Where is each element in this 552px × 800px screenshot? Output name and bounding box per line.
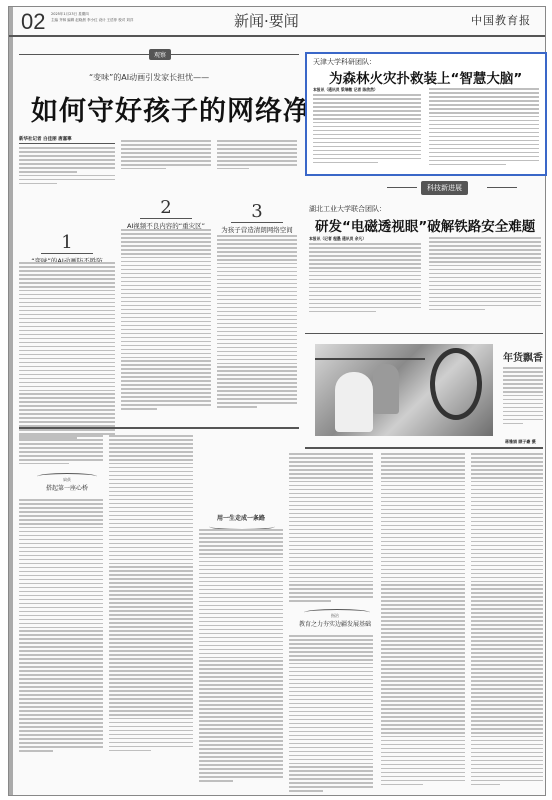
divider xyxy=(387,187,417,188)
article-text xyxy=(217,140,297,172)
article-text xyxy=(313,94,421,166)
divider xyxy=(305,333,543,334)
market-tent xyxy=(315,344,425,360)
main-kicker: “变味”的AI动画引发家长担忧—— xyxy=(89,72,209,83)
section-heading-2: 2 AI视频不良内容的“重灾区” xyxy=(121,197,211,230)
article-text xyxy=(471,453,543,788)
main-headline: 如何守好孩子的网络净土 xyxy=(31,89,339,128)
newspaper-brand-logo: 中国教育报 xyxy=(471,12,531,28)
boxed-kicker: 天津大学科研团队： xyxy=(313,57,376,67)
masthead: 02 2025年1月23日 星期四 主编 齐林 编辑 赵晓晨 李小红 设计 王语… xyxy=(9,7,545,37)
article-text xyxy=(19,262,115,441)
article-text xyxy=(289,453,373,604)
photo-person xyxy=(373,364,399,414)
article-text xyxy=(289,635,373,794)
article-text xyxy=(217,235,297,410)
tech-headline: 研发“电磁透视眼”破解铁路安全难题 xyxy=(315,215,535,235)
boxed-story: 天津大学科研团队： 为森林火灾扑救装上“智慧大脑” 本报讯（通讯员 梁瑞敏 记者… xyxy=(305,52,547,176)
boxed-byline: 本报讯（通讯员 梁瑞敏 记者 陈欣然） xyxy=(313,87,423,93)
article-text xyxy=(429,88,539,168)
article-text xyxy=(19,435,103,467)
article-text xyxy=(429,237,541,313)
page-edge xyxy=(9,7,13,795)
article-text xyxy=(381,453,465,788)
divider xyxy=(19,427,299,429)
photo-credit: 蒋雅娟 顾子豪 摄 xyxy=(505,439,536,445)
divider xyxy=(487,187,517,188)
column-tag-observe: 观察 xyxy=(149,49,171,60)
tech-byline: 本报讯（记者 程墨 通讯员 余凡） xyxy=(309,236,366,242)
article-text xyxy=(121,229,211,412)
article-text xyxy=(309,243,421,315)
column-tag-tech-progress: 科技新进展 xyxy=(421,181,468,195)
staff-line: 主编 齐林 编辑 赵晓晨 李小红 设计 王语菲 校对 刘洋 xyxy=(51,17,141,23)
boxed-headline: 为森林火灾扑救装上“智慧大脑” xyxy=(329,67,522,87)
masthead-meta: 2025年1月23日 星期四 主编 齐林 编辑 赵晓晨 李小红 设计 王语菲 校… xyxy=(51,11,141,23)
subhead-3: 指治 教育之力夯实边疆发展基础 xyxy=(285,613,385,628)
section-title: 新闻·要闻 xyxy=(234,10,299,31)
article-text xyxy=(19,499,103,754)
tech-kicker: 湖北工业大学联合团队： xyxy=(309,204,386,214)
newspaper-page: 02 2025年1月23日 星期四 主编 齐林 编辑 赵晓晨 李小红 设计 王语… xyxy=(8,6,546,796)
main-byline: 新华社记者 白佳丽 唐嘉寧 xyxy=(19,136,72,142)
subhead-2: 用一生走成一条路 xyxy=(199,513,283,522)
subhead-1: 扁荻 搭起第一座心桥 xyxy=(27,477,107,492)
article-text xyxy=(109,435,193,754)
ring-light xyxy=(430,348,482,420)
news-photo xyxy=(315,344,493,436)
article-text xyxy=(19,147,115,187)
divider xyxy=(305,447,543,449)
photo-caption-text xyxy=(503,367,543,427)
section-heading-1: 1 “变味”的AI动画防不胜防 xyxy=(21,232,113,265)
photo-title: 年货飘香 xyxy=(503,349,543,364)
article-text xyxy=(199,529,283,784)
divider xyxy=(19,143,115,144)
page-number: 02 xyxy=(21,9,45,35)
section-heading-3: 3 为孩子营造清朗网络空间 xyxy=(217,201,297,234)
article-text xyxy=(121,140,211,172)
photo-person xyxy=(335,372,373,432)
